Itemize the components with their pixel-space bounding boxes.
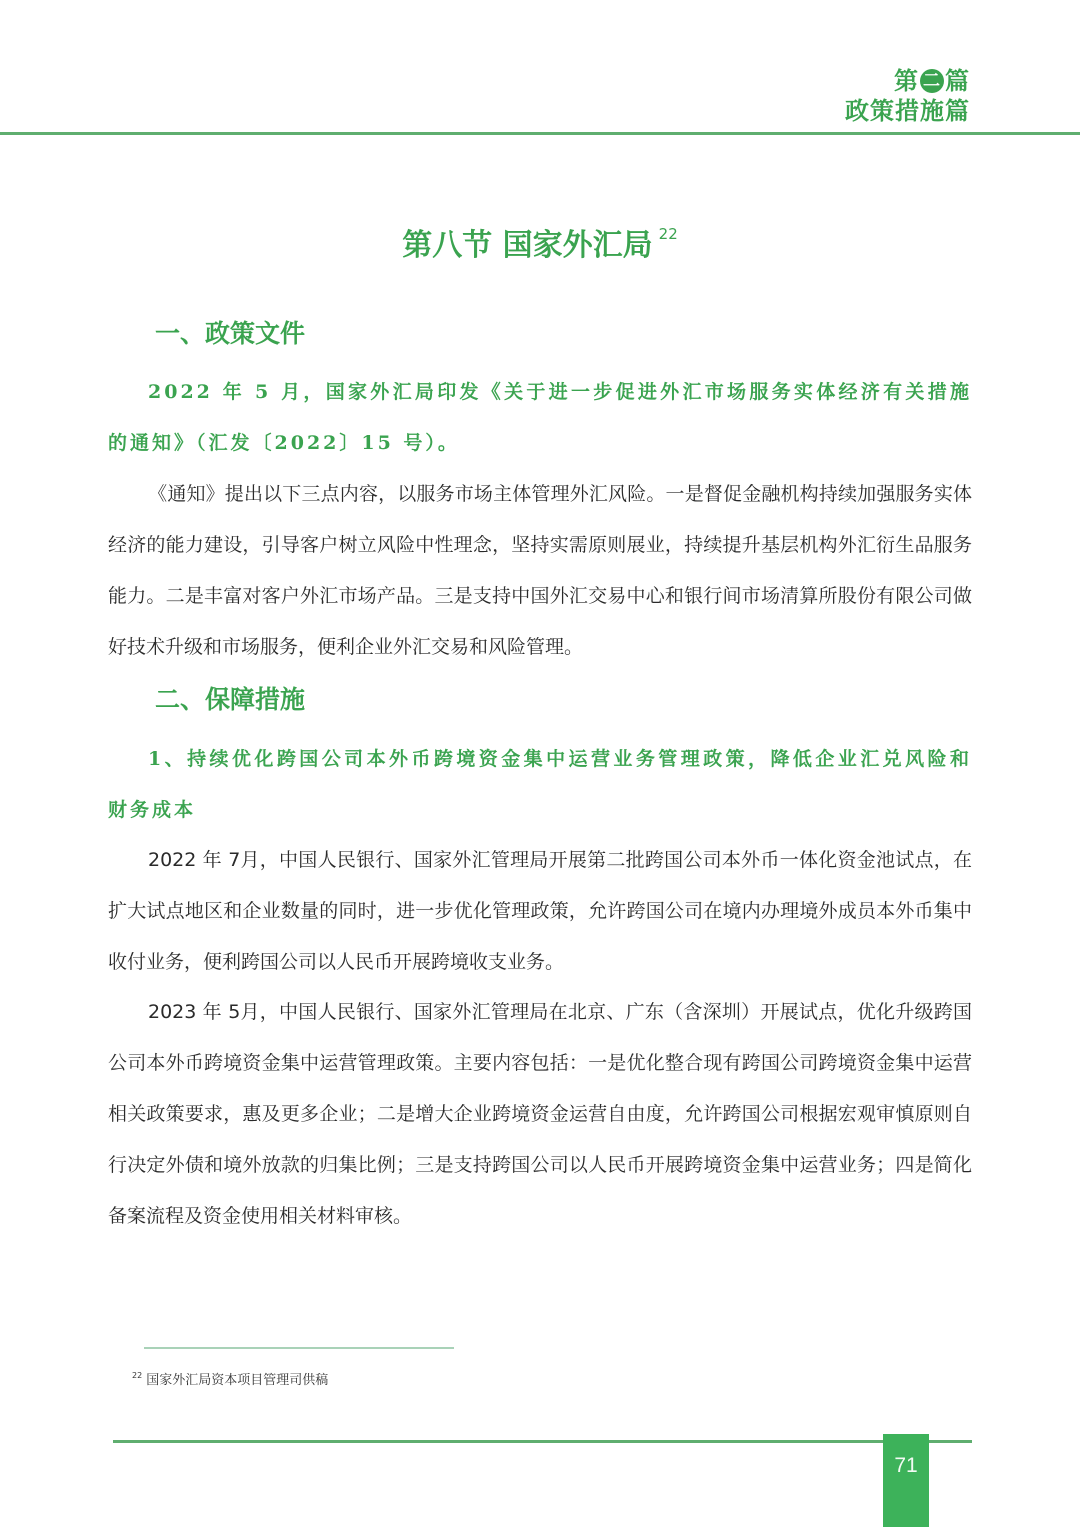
header-divider	[0, 132, 1080, 135]
part-suffix: 篇	[945, 66, 970, 96]
footer-divider	[113, 1440, 972, 1443]
policy-body-paragraph: 《通知》提出以下三点内容，以服务市场主体管理外汇风险。一是督促金融机构持续加强服…	[108, 469, 972, 673]
footnote-divider	[144, 1347, 454, 1349]
heading-safeguards: 二、保障措施	[155, 682, 305, 718]
footnote: 22国家外汇局资本项目管理司供稿	[132, 1366, 328, 1391]
part-title: 政策措施篇	[845, 96, 970, 126]
policy-intro-paragraph: 2022 年 5 月，国家外汇局印发《关于进一步促进外汇市场服务实体经济有关措施…	[108, 367, 972, 469]
part-number-row: 第 二 篇	[845, 66, 970, 96]
safeguard-paragraph-2023: 2023 年 5月，中国人民银行、国家外汇管理局在北京、广东（含深圳）开展试点，…	[108, 987, 972, 1242]
safeguard-item1-title-text: 1、持续优化跨国公司本外币跨境资金集中运营业务管理政策，降低企业汇兑风险和财务成…	[108, 748, 972, 821]
part-number-circle-icon: 二	[920, 69, 944, 93]
footnote-ref-link[interactable]: 22	[659, 225, 678, 243]
section-title: 第八节 国家外汇局22	[0, 212, 1080, 268]
heading-policy-documents: 一、政策文件	[155, 316, 305, 352]
safeguard-item1-title: 1、持续优化跨国公司本外币跨境资金集中运营业务管理政策，降低企业汇兑风险和财务成…	[108, 734, 972, 836]
safeguard-paragraph-2022-text: 2022 年 7月，中国人民银行、国家外汇管理局开展第二批跨国公司本外币一体化资…	[108, 849, 972, 973]
safeguard-paragraph-2022: 2022 年 7月，中国人民银行、国家外汇管理局开展第二批跨国公司本外币一体化资…	[108, 835, 972, 988]
policy-body-text: 《通知》提出以下三点内容，以服务市场主体管理外汇风险。一是督促金融机构持续加强服…	[108, 483, 972, 658]
section-title-text: 第八节 国家外汇局	[402, 228, 652, 263]
footnote-text: 国家外汇局资本项目管理司供稿	[146, 1373, 328, 1388]
page-number: 71	[894, 1454, 917, 1477]
safeguard-paragraph-2023-text: 2023 年 5月，中国人民银行、国家外汇管理局在北京、广东（含深圳）开展试点，…	[108, 1001, 972, 1227]
part-label: 第 二 篇 政策措施篇	[845, 66, 970, 126]
footnote-number: 22	[132, 1371, 142, 1380]
policy-intro-text: 2022 年 5 月，国家外汇局印发《关于进一步促进外汇市场服务实体经济有关措施…	[108, 381, 972, 454]
part-prefix: 第	[894, 66, 919, 96]
page-number-badge: 71	[883, 1434, 929, 1527]
